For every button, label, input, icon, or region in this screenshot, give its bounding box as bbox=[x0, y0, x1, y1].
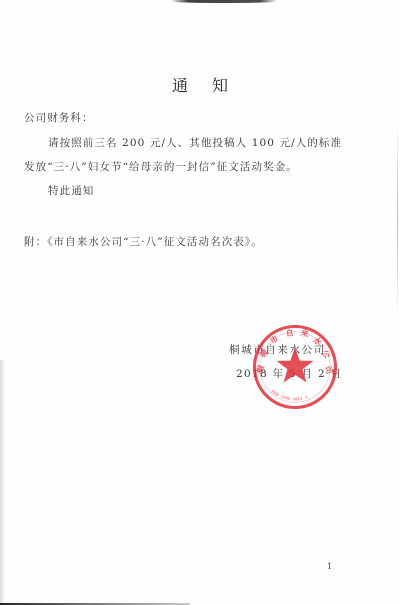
svg-text:来: 来 bbox=[300, 327, 310, 338]
closing-phrase: 特此通知 bbox=[48, 183, 94, 198]
body-paragraph-line-1: 请按照前三名 200 元/人、其他投稿人 100 元/人的标准 bbox=[48, 135, 342, 150]
scanned-page: 通知 公司财务科： 请按照前三名 200 元/人、其他投稿人 100 元/人的标… bbox=[0, 0, 400, 605]
svg-text:自: 自 bbox=[285, 327, 294, 338]
svg-text:3408: 3408 bbox=[270, 389, 280, 397]
body-paragraph-line-2: 发放“三·八”妇女节“给母亲的一封信”征文活动奖金。 bbox=[24, 159, 298, 174]
svg-text:3: 3 bbox=[305, 395, 308, 399]
svg-text:2100: 2100 bbox=[281, 395, 291, 401]
scan-shadow-top bbox=[172, 0, 276, 3]
svg-text:0819: 0819 bbox=[293, 397, 302, 401]
scan-edge-right bbox=[397, 120, 398, 320]
page-number: 1 bbox=[327, 562, 332, 571]
signature-date: 2018 年 5 月 2 日 bbox=[236, 366, 342, 381]
signer-organization: 桐城市自来水公司 bbox=[229, 342, 326, 357]
salutation: 公司财务科： bbox=[24, 110, 94, 125]
attachment-note: 附：《市自来水公司“三·八”征文活动名次表》。 bbox=[24, 234, 263, 249]
document-title: 通知 bbox=[0, 73, 400, 96]
scan-edge-left bbox=[0, 360, 5, 605]
